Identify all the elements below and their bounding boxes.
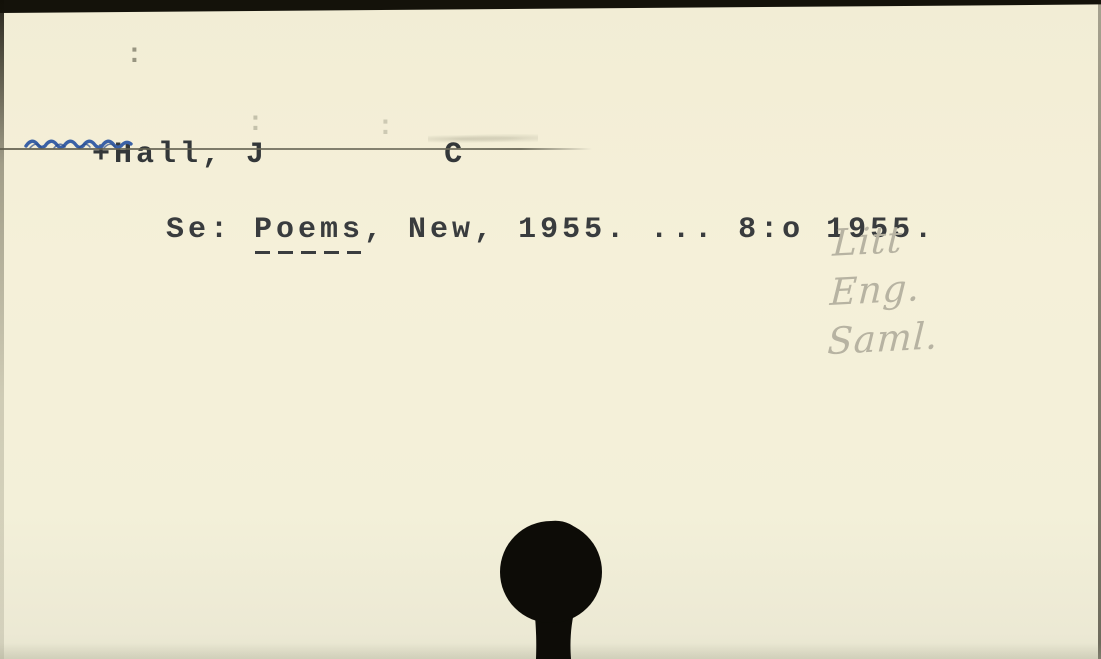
heading-rule-line [0, 148, 592, 150]
scan-edge-left [0, 0, 4, 659]
entry-title-underlined: Poems [254, 213, 364, 247]
pencil-annotation: Litt Eng. Saml. [826, 213, 945, 366]
catalog-card-scan: : : : +Hall, J C Se: Poems, New, 1955. .… [0, 0, 1101, 659]
pencil-annotation-line: Litt [831, 213, 945, 268]
punch-hole [480, 510, 640, 659]
scan-edge-top [0, 0, 1101, 13]
entry-prefix: Se: [166, 213, 254, 247]
pencil-annotation-line: Saml. [826, 311, 940, 366]
entry-line: Se: Poems, New, 1955. ... 8:o 1955. [78, 179, 936, 281]
heading-initials: , J C [202, 138, 466, 172]
pencil-annotation-line: Eng. [829, 262, 943, 317]
wavy-underline-ink [24, 136, 134, 154]
ghost-colon-mark: : [126, 40, 143, 71]
